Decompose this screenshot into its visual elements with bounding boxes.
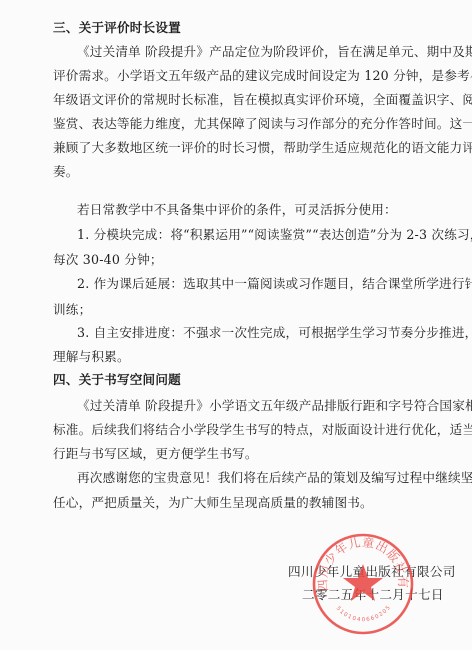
- closing-line-1: 再次感谢您的宝贵意见！我们将在后续产品的策划及编写过程中继续坚守责: [77, 470, 457, 486]
- signature-date: 二零二五年十二月十七日: [302, 584, 444, 603]
- list-item-1-line-2: 每次 30-40 分钟；: [53, 252, 433, 268]
- section-4-para-1-line-1: 《过关清单 阶段提升》小学语文五年级产品排版行距和字号符合国家相关: [77, 398, 457, 414]
- document-page: 三、关于评价时长设置 《过关清单 阶段提升》产品定位为阶段评价，旨在满足单元、期…: [0, 0, 472, 650]
- list-item-2-line-1: 2. 作为课后延展：选取其中一篇阅读或习作题目，结合课堂所学进行针对性: [77, 276, 457, 292]
- section-3-heading: 三、关于评价时长设置: [53, 20, 433, 36]
- seal-number: 5101040660205: [335, 605, 392, 624]
- section-3-para-1-line-1: 《过关清单 阶段提升》产品定位为阶段评价，旨在满足单元、期中及期末: [77, 44, 457, 60]
- list-item-3-line-1: 3. 自主安排进度：不强求一次性完成，可根据学生学习节奏分步推进，重在: [77, 325, 457, 341]
- section-4-heading: 四、关于书写空间问题: [53, 372, 433, 388]
- section-4-para-1-line-2: 标准。后续我们将结合小学段学生书写的特点，对版面设计进行优化，适当增加: [53, 422, 433, 438]
- signature-company: 四川少年儿童出版社有限公司: [288, 561, 456, 580]
- section-3-para-1-line-5: 兼顾了大多数地区统一评价的时长习惯，帮助学生适应规范化的语文能力评估节: [53, 140, 433, 156]
- section-3-para-1-line-6: 奏。: [53, 164, 433, 180]
- section-3-para-1-line-4: 鉴赏、表达等能力维度，尤其保障了阅读与习作部分的充分作答时间。这一设计: [53, 116, 433, 132]
- list-item-1-line-1: 1. 分模块完成：将“积累运用”“阅读鉴赏”“表达创造”分为 2-3 次练习，: [77, 227, 457, 243]
- closing-line-2: 任心，严把质量关，为广大师生呈现高质量的教辅图书。: [53, 495, 433, 511]
- section-4-para-1-line-3: 行距与书写区域，更方便学生书写。: [53, 446, 433, 462]
- list-item-3-line-2: 理解与积累。: [53, 349, 433, 365]
- list-item-2-line-2: 训练；: [53, 302, 433, 318]
- section-3-para-1-line-3: 年级语文评价的常规时长标准，旨在模拟真实评价环境，全面覆盖识字、阅读、: [53, 92, 433, 108]
- section-3-para-1-line-2: 评价需求。小学语文五年级产品的建议完成时间设定为 120 分钟，是参考小学高: [53, 68, 433, 84]
- section-3-para-2: 若日常教学中不具备集中评价的条件，可灵活拆分使用：: [77, 202, 457, 218]
